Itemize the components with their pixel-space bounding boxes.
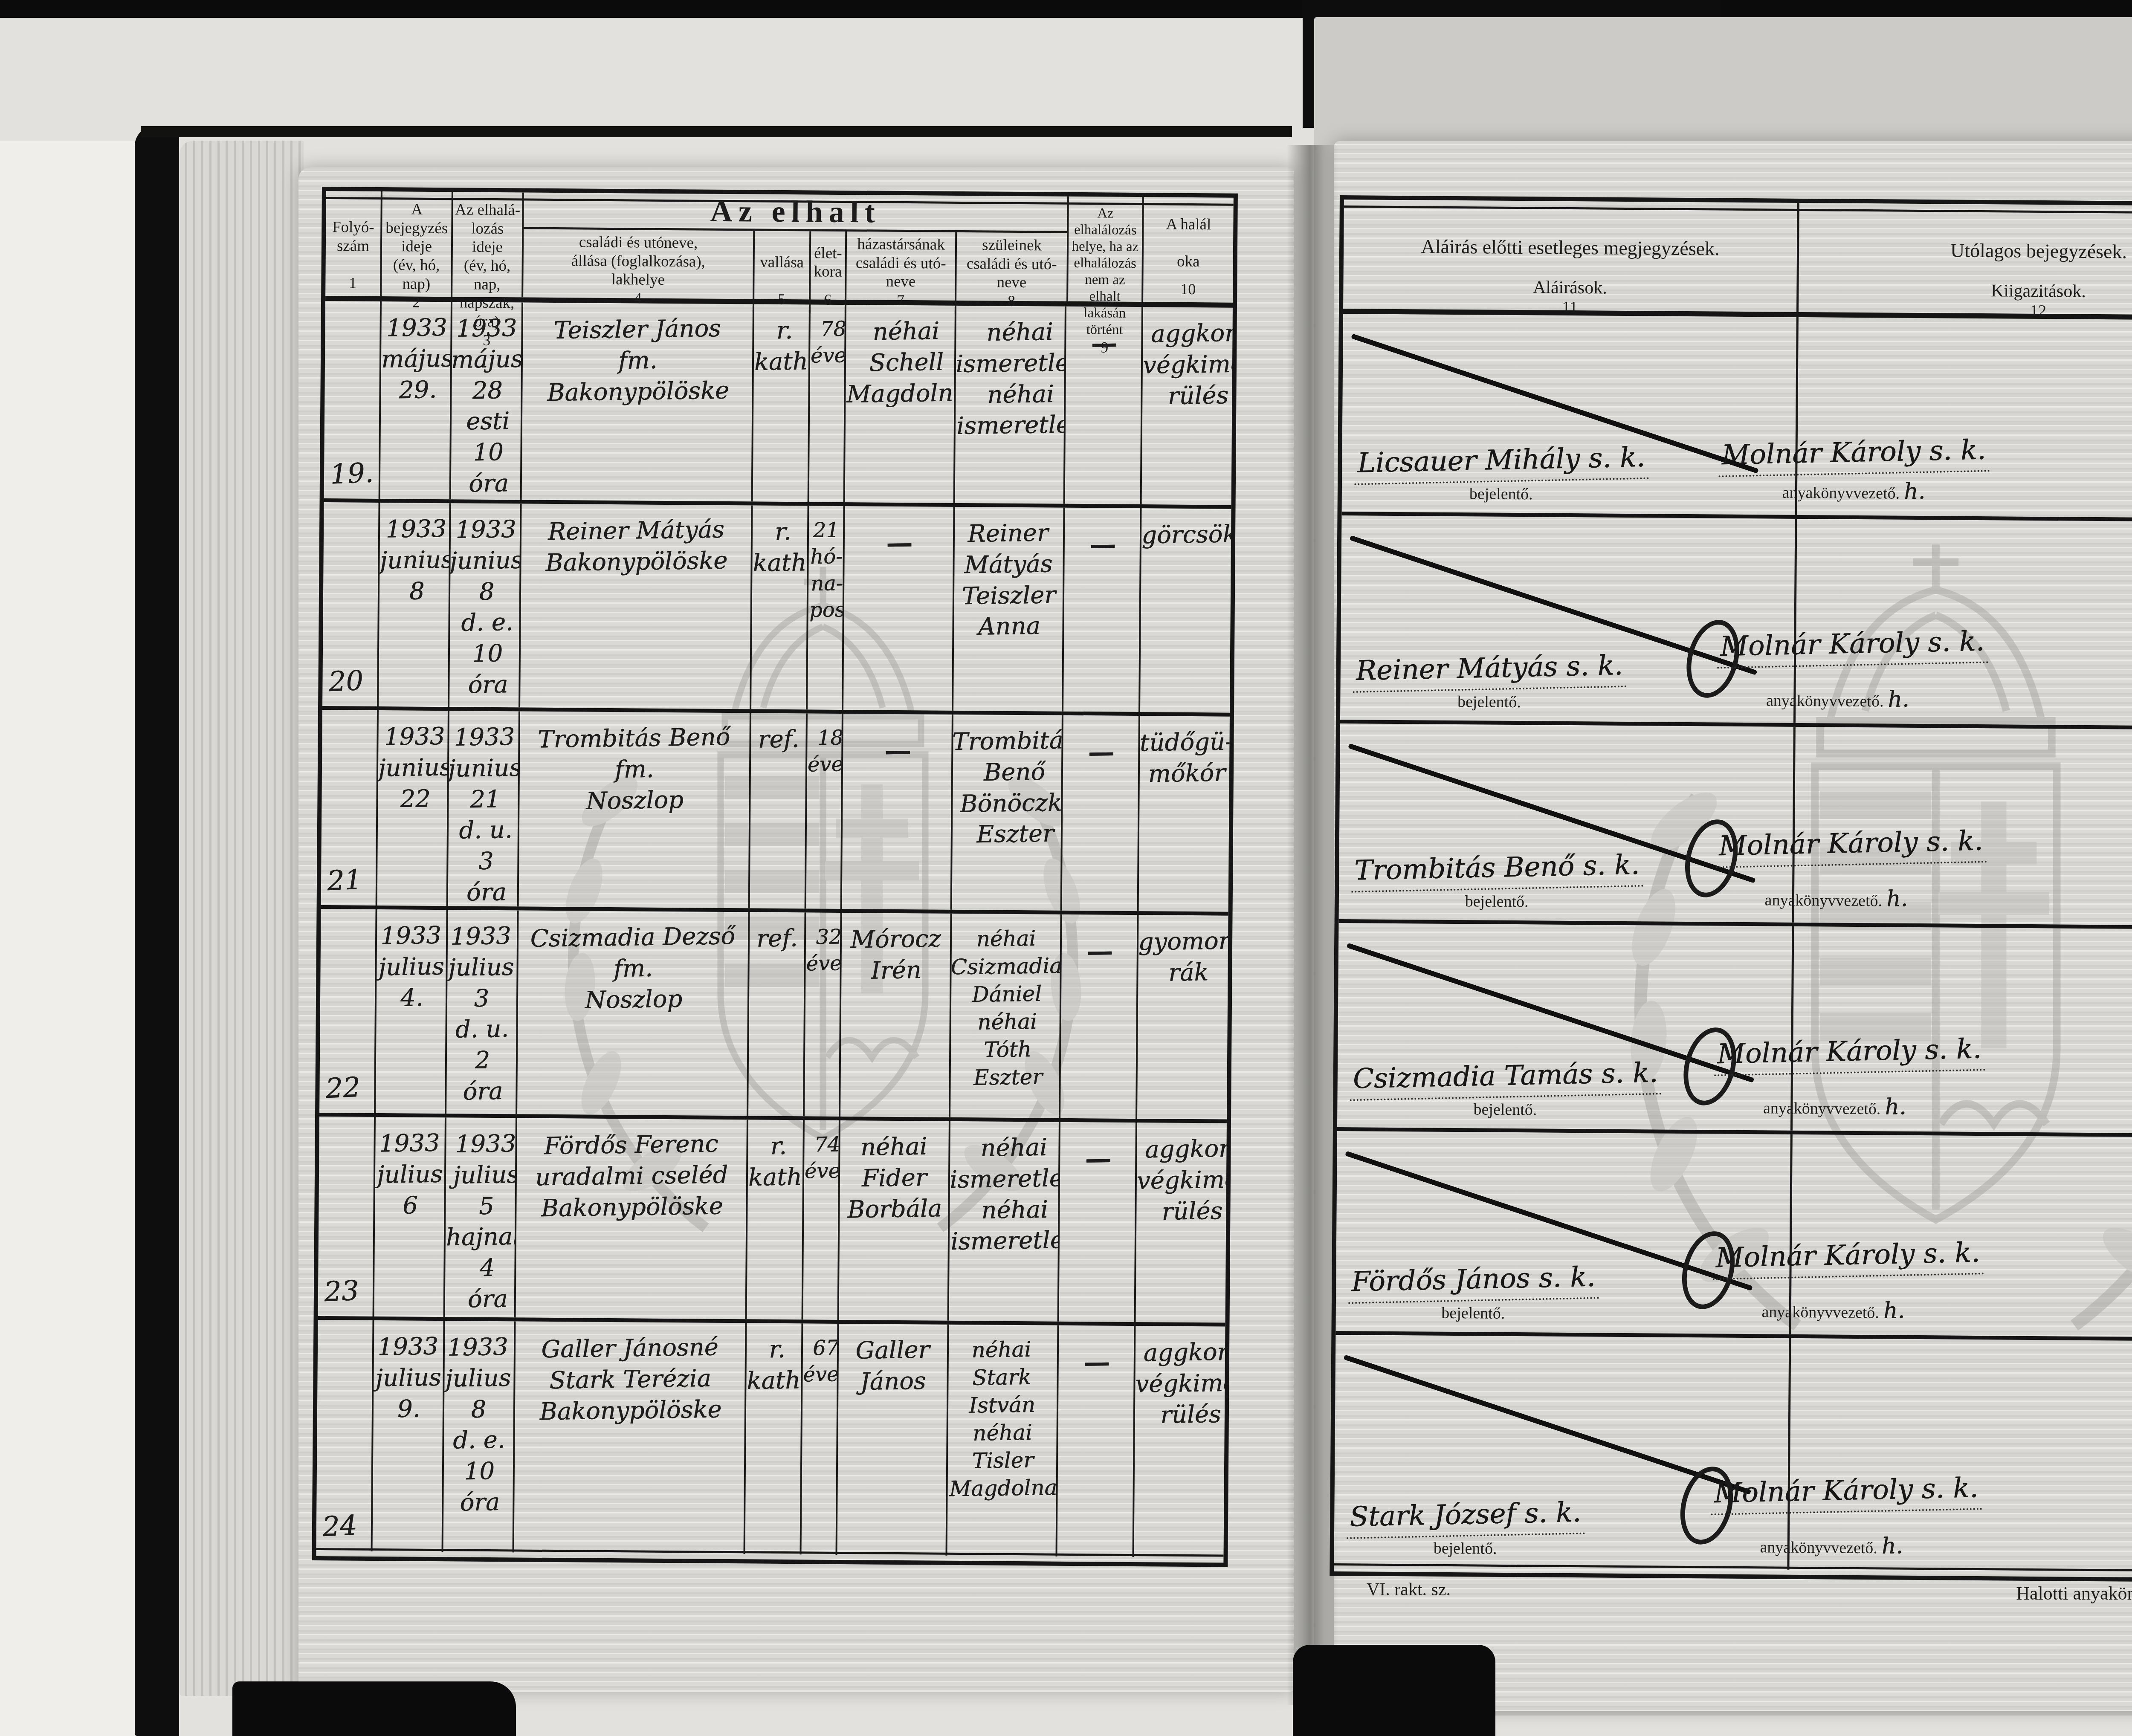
scanned-death-register-spread: Folyó- szám 1 A bejegyzés ideje (év, hó,… bbox=[0, 0, 2132, 1736]
death-date-cell: 1933 julius 8 d. e. 10 óra bbox=[443, 1321, 516, 1552]
reporter-label: bejelentő. bbox=[1349, 1099, 1661, 1120]
reporter-signature: Licsauer Mihály s. k. bbox=[1354, 442, 1649, 485]
parents-cell: néhai ismeretlen néhai ismeretlen bbox=[949, 1121, 1060, 1322]
registrar-signature: Molnár Károly s. k. bbox=[1712, 1237, 1984, 1280]
reporter-signature: Trombitás Benő s. k. bbox=[1351, 849, 1643, 893]
reporter-signature: Fördős János s. k. bbox=[1347, 1261, 1599, 1304]
table-row: 20 1933 junius 8 1933 junius 8 d. e. 10 … bbox=[322, 502, 1231, 717]
name-cell: Fördős Ferenc uradalmi cseléd Bakonypölö… bbox=[516, 1118, 748, 1319]
death-place-cell: — bbox=[1065, 307, 1143, 504]
header-spouse: házastársának családi és utó- neve 7 bbox=[846, 231, 957, 314]
scan-artifact bbox=[1293, 1645, 1495, 1736]
book-cover-edge bbox=[141, 126, 1292, 137]
book-cover-edge bbox=[135, 126, 179, 1736]
reporter-signature-block: Trombitás Benő s. k. bejelentő. bbox=[1351, 851, 1643, 912]
serial-cell: 24 bbox=[316, 1320, 374, 1551]
header-remarks: Aláirás előtti esetleges megjegyzések. A… bbox=[1343, 200, 1799, 312]
death-date-cell: 1933 junius 21 d. u. 3 óra bbox=[448, 711, 520, 906]
cause-cell: aggkori végkime- rülés bbox=[1136, 1123, 1227, 1323]
parents-cell: néhai Csizmadia Dániel néhai Tóth Eszter bbox=[950, 914, 1062, 1118]
remarks-cell: Reiner Mátyás s. k. bejelentő. Molnár Ká… bbox=[1340, 515, 1797, 723]
registrar-label: anyakönyvvezető. h. bbox=[1681, 1531, 1981, 1562]
reporter-label: bejelentő. bbox=[1354, 483, 1648, 504]
age-cell: 18 éves bbox=[806, 713, 843, 909]
reporter-label: bejelentő. bbox=[1351, 891, 1643, 912]
death-date-cell: 1933 julius 3 d. u. 2 óra bbox=[446, 910, 519, 1114]
registrar-signature: Molnár Károly s. k. bbox=[1710, 1472, 1982, 1515]
table-row: 21 1933 junius 22 1933 junius 21 d. u. 3… bbox=[321, 710, 1230, 916]
header-cause: A halál oka 10 bbox=[1143, 197, 1234, 303]
table-row: Reiner Mátyás s. k. bejelentő. Molnár Ká… bbox=[1340, 515, 2132, 730]
cause-cell: aggkori végkime- rülés bbox=[1142, 307, 1233, 505]
table-row: Stark József s. k. bejelentő. Molnár Kár… bbox=[1334, 1335, 2132, 1573]
age-cell: 78 éves bbox=[809, 304, 846, 502]
registrar-signature-block: Molnár Károly s. k. anyakönyvvezető. h. bbox=[1685, 1027, 1985, 1123]
header-parents: szüleinek családi és utó- neve 8 bbox=[956, 232, 1067, 315]
serial-cell: 21 bbox=[321, 710, 379, 906]
cause-cell: tüdőgü- mőkór bbox=[1139, 716, 1230, 912]
header-deceased-group: Az elhalt családi és utóneve, állása (fo… bbox=[523, 192, 1067, 301]
spouse-cell: néhai Schell Magdolna bbox=[845, 305, 956, 503]
reporter-label: bejelentő. bbox=[1352, 692, 1626, 712]
reporter-label: bejelentő. bbox=[1348, 1303, 1599, 1323]
registrar-label: anyakönyvvezető. h. bbox=[1718, 476, 1989, 507]
table-row: 24 1933 julius 9. 1933 julius 8 d. e. 10… bbox=[316, 1320, 1225, 1558]
reporter-signature-block: Csizmadia Tamás s. k. bejelentő. bbox=[1349, 1059, 1661, 1120]
age-cell: 74 éves bbox=[803, 1120, 840, 1320]
header-serial: Folyó- szám 1 bbox=[325, 191, 382, 296]
reporter-signature-block: Fördős János s. k. bejelentő. bbox=[1348, 1263, 1599, 1323]
header-religion: vallása 5 bbox=[754, 231, 811, 312]
spouse-cell: néhai Fider Borbála bbox=[839, 1120, 950, 1321]
registrar-signature: Molnár Károly s. k. bbox=[1714, 1033, 1985, 1076]
name-cell: Galler Jánosné Stark Terézia Bakonypölös… bbox=[514, 1321, 747, 1554]
death-place-cell: — bbox=[1062, 715, 1140, 911]
signatures-table: Aláirás előtti esetleges megjegyzések. A… bbox=[1330, 195, 2132, 1583]
reporter-label: bejelentő. bbox=[1346, 1538, 1585, 1559]
entry-date-cell: 1933 julius 6 bbox=[374, 1117, 446, 1317]
age-cell: 67 éves bbox=[802, 1323, 839, 1555]
reporter-signature-block: Reiner Mátyás s. k. bejelentő. bbox=[1352, 651, 1626, 712]
registrar-label: anyakönyvvezető. h. bbox=[1688, 684, 1988, 715]
religion-cell: ref. bbox=[748, 912, 806, 1116]
name-cell: Trombitás Benő fm. Noszlop bbox=[519, 711, 751, 908]
table-row: Licsauer Mihály s. k. bejelentő. Molnár … bbox=[1341, 314, 2132, 522]
scan-margin bbox=[0, 141, 136, 1736]
death-place-cell: — bbox=[1060, 914, 1138, 1119]
remarks-cell: Licsauer Mihály s. k. bejelentő. Molnár … bbox=[1342, 314, 1799, 515]
table-header: Aláirás előtti esetleges megjegyzések. A… bbox=[1343, 200, 2132, 321]
header-death-place: Az elhalálozás helye, ha az elhalálozás … bbox=[1066, 197, 1144, 302]
parents-cell: néhai Stark István néhai Tisler Magdolna bbox=[947, 1325, 1059, 1557]
header-entry-date: A bejegyzés ideje (év, hó, nap) 2 bbox=[382, 191, 453, 297]
storage-number: VI. rakt. sz. bbox=[1367, 1580, 1451, 1600]
reporter-signature: Csizmadia Tamás s. k. bbox=[1349, 1057, 1662, 1101]
registrar-signature: Molnár Károly s. k. bbox=[1718, 434, 1990, 477]
registrar-signature-block: Molnár Károly s. k. anyakönyvvezető. h. bbox=[1683, 1230, 1984, 1326]
name-cell: Csizmadia Dezső fm. Noszlop bbox=[517, 910, 750, 1116]
religion-cell: r. kath. bbox=[745, 1323, 803, 1554]
religion-cell: r. kath. bbox=[753, 304, 811, 502]
cause-cell: görcsök bbox=[1140, 508, 1231, 713]
registrar-signature-block: Molnár Károly s. k. anyakönyvvezető. h. bbox=[1681, 1466, 1982, 1562]
name-cell: Reiner Mátyás Bakonypölöske bbox=[520, 503, 753, 709]
scan-artifact bbox=[0, 0, 2132, 18]
registrar-signature-block: Molnár Károly s. k. anyakönyvvezető. h. bbox=[1686, 819, 1987, 914]
registrar-signature: Molnár Károly s. k. bbox=[1717, 625, 1988, 668]
spouse-cell: Galler János bbox=[837, 1324, 949, 1556]
spouse-cell: — bbox=[842, 714, 953, 910]
header-death-date: Az elhalá- lozás ideje (év, hó, nap, nap… bbox=[452, 192, 524, 297]
reporter-signature: Stark József s. k. bbox=[1346, 1496, 1585, 1539]
remarks-cell: Stark József s. k. bejelentő. Molnár Kár… bbox=[1334, 1335, 1791, 1570]
table-header: Folyó- szám 1 A bejegyzés ideje (év, hó,… bbox=[325, 191, 1234, 308]
group-title: Az elhalt bbox=[524, 192, 1067, 233]
registrar-signature-block: Molnár Károly s. k. anyakönyvvezető. h. bbox=[1718, 436, 1990, 507]
cause-cell: aggkori végkime- rülés bbox=[1134, 1326, 1225, 1558]
remarks-cell: Fördős János s. k. bejelentő. Molnár Kár… bbox=[1335, 1131, 1792, 1334]
registrar-label: anyakönyvvezető. h. bbox=[1683, 1295, 1983, 1326]
header-age: élet- kora 6 bbox=[811, 231, 847, 313]
religion-cell: ref. bbox=[750, 713, 808, 909]
death-date-cell: 1933 junius 8 d. e. 10 óra bbox=[449, 503, 521, 707]
serial-cell: 19. bbox=[324, 301, 382, 499]
table-row: 22 1933 julius 4. 1933 julius 3 d. u. 2 … bbox=[319, 909, 1228, 1123]
death-register-table: Folyó- szám 1 A bejegyzés ideje (év, hó,… bbox=[312, 187, 1238, 1567]
parents-cell: Reiner Mátyás Teiszler Anna bbox=[953, 507, 1065, 712]
registrar-signature: Molnár Károly s. k. bbox=[1715, 825, 1987, 868]
registrar-signature-block: Molnár Károly s. k. anyakönyvvezető. h. bbox=[1688, 619, 1988, 715]
reporter-signature-block: Licsauer Mihály s. k. bejelentő. bbox=[1354, 443, 1649, 504]
serial-cell: 22 bbox=[319, 909, 377, 1113]
table-row: 19. 1933 május 29. 1933 május 28 esti 10… bbox=[324, 301, 1233, 509]
serial-cell: 20 bbox=[322, 502, 380, 706]
reporter-signature: Reiner Mátyás s. k. bbox=[1352, 650, 1627, 693]
table-row: Csizmadia Tamás s. k. bejelentő. Molnár … bbox=[1337, 923, 2132, 1138]
entry-date-cell: 1933 junius 22 bbox=[377, 710, 449, 906]
entry-date-cell: 1933 junius 8 bbox=[379, 503, 451, 707]
remarks-cell: Csizmadia Tamás s. k. bejelentő. Molnár … bbox=[1337, 923, 1794, 1131]
religion-cell: r. kath. bbox=[751, 505, 809, 709]
parents-cell: Trombitás Benő Bönöczki Eszter bbox=[952, 715, 1063, 911]
cause-cell: gyomor- rák bbox=[1137, 915, 1228, 1120]
table-row: Trombitás Benő s. k. bejelentő. Molnár K… bbox=[1338, 723, 2132, 930]
table-row: 23 1933 julius 6 1933 julius 5 hajnali 4… bbox=[318, 1117, 1227, 1327]
death-date-cell: 1933 julius 5 hajnali 4 óra bbox=[445, 1117, 517, 1317]
serial-cell: 23 bbox=[318, 1117, 376, 1316]
registrar-label: anyakönyvvezető. h. bbox=[1686, 883, 1986, 914]
reporter-signature-block: Stark József s. k. bejelentő. bbox=[1346, 1498, 1585, 1559]
entry-date-cell: 1933 julius 9. bbox=[373, 1320, 445, 1552]
registrar-label: anyakönyvvezető. h. bbox=[1685, 1091, 1985, 1123]
death-place-cell: — bbox=[1059, 1122, 1137, 1322]
header-corrections: Utólagos bejegyzések. Kiigazitások. 12 bbox=[1799, 203, 2132, 315]
parents-cell: néhai ismeretlen néhai ismeretlen bbox=[955, 306, 1066, 504]
age-cell: 21 hó- na- pos bbox=[808, 506, 845, 710]
remarks-cell: Trombitás Benő s. k. bejelentő. Molnár K… bbox=[1339, 723, 1796, 923]
entry-date-cell: 1933 julius 4. bbox=[376, 909, 448, 1114]
age-cell: 32 éves bbox=[805, 912, 842, 1117]
page-stack-edge bbox=[179, 141, 304, 1696]
scan-artifact bbox=[232, 1681, 516, 1736]
spouse-cell: — bbox=[843, 506, 955, 711]
name-cell: Teiszler János fm. Bakonypölöske bbox=[522, 302, 754, 501]
religion-cell: r. kath. bbox=[747, 1120, 805, 1319]
header-name: családi és utóneve, állása (foglalkozása… bbox=[523, 229, 755, 312]
register-copy-label: Halotti anyakönyvi másodpéldány. bbox=[1936, 1583, 2132, 1604]
death-date-cell: 1933 május 28 esti 10 óra bbox=[451, 302, 523, 500]
death-place-cell: — bbox=[1057, 1325, 1136, 1557]
death-place-cell: — bbox=[1063, 508, 1141, 712]
spouse-cell: Mórocz Irén bbox=[840, 913, 952, 1117]
entry-date-cell: 1933 május 29. bbox=[380, 301, 452, 499]
table-row: Fördős János s. k. bejelentő. Molnár Kár… bbox=[1335, 1131, 2132, 1342]
